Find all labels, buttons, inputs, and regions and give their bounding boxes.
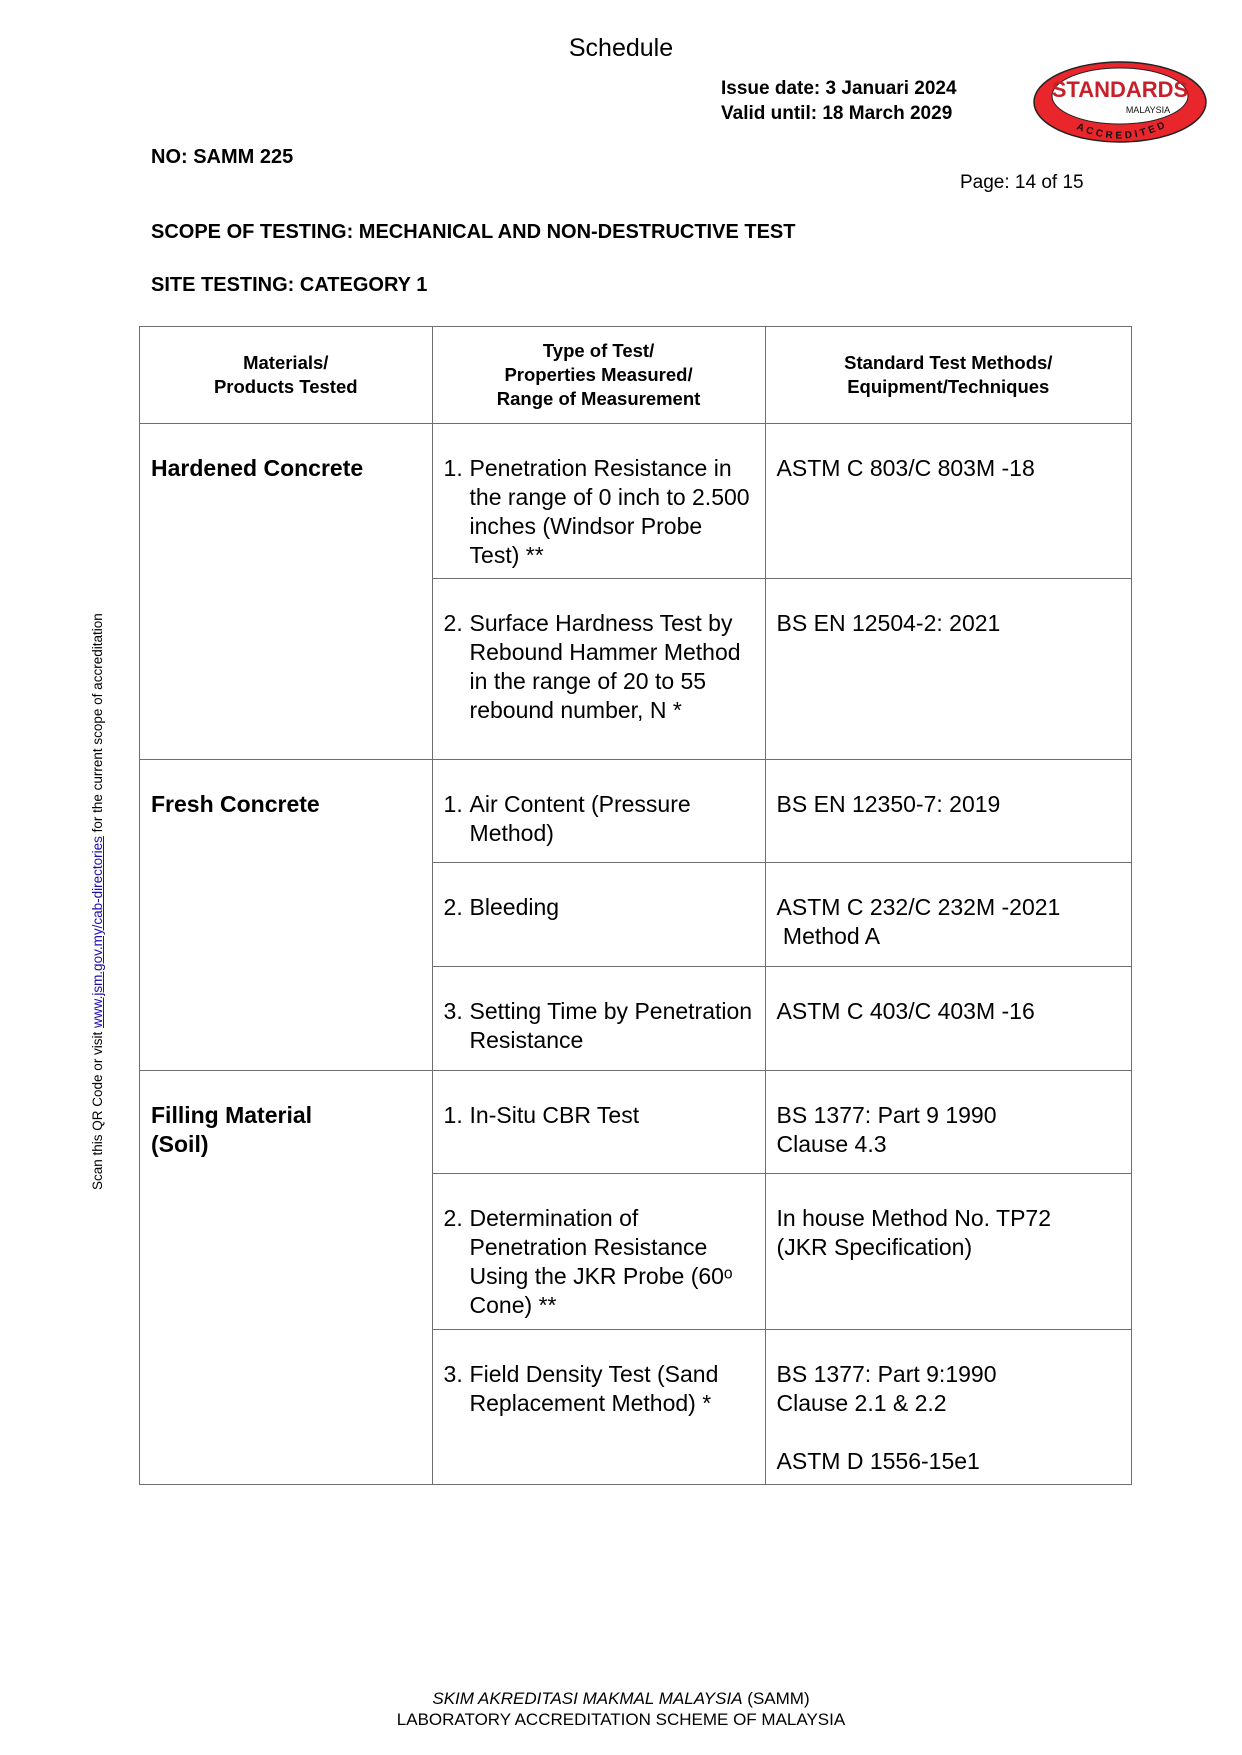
standard-cell: ASTM C 232/C 232M -2021 Method A [765,863,1131,967]
test-cell: 1.Air Content (Pressure Method) [432,760,765,863]
table-row: Hardened Concrete1.Penetration Resistanc… [140,424,1132,579]
table-row: Fresh Concrete1.Air Content (Pressure Me… [140,760,1132,863]
test-cell: 1.In-Situ CBR Test [432,1071,765,1174]
standard-cell: BS EN 12350-7: 2019 [765,760,1131,863]
document-number: NO: SAMM 225 [151,146,293,169]
standard-cell: ASTM C 803/C 803M -18 [765,424,1131,579]
table-row: Filling Material(Soil)1.In-Situ CBR Test… [140,1071,1132,1174]
table-header-row: Materials/Products Tested Type of Test/P… [140,327,1132,424]
svg-text:STANDARDS: STANDARDS [1052,77,1188,102]
header-standards: Standard Test Methods/Equipment/Techniqu… [765,327,1131,424]
side-note: Scan this QR Code or visit www.jsm.gov.m… [90,613,105,1190]
site-heading: SITE TESTING: CATEGORY 1 [151,274,427,297]
material-cell: Hardened Concrete [140,424,433,760]
test-cell: 3.Field Density Test (Sand Replacement M… [432,1330,765,1485]
svg-text:MALAYSIA: MALAYSIA [1126,105,1170,115]
header-materials: Materials/Products Tested [140,327,433,424]
test-cell: 1.Penetration Resistance in the range of… [432,424,765,579]
standards-malaysia-accredited-logo-icon: STANDARDS MALAYSIA ACCREDITED [1030,58,1210,146]
validity-block: Issue date: 3 Januari 2024 Valid until: … [721,76,957,126]
issue-date: Issue date: 3 Januari 2024 [721,76,957,101]
footer: SKIM AKREDITASI MAKMAL MALAYSIA (SAMM) L… [0,1688,1242,1730]
standard-cell: BS 1377: Part 9 1990Clause 4.3 [765,1071,1131,1174]
standard-cell: In house Method No. TP72(JKR Specificati… [765,1174,1131,1330]
scope-heading: SCOPE OF TESTING: MECHANICAL AND NON-DES… [151,221,795,244]
material-cell: Filling Material(Soil) [140,1071,433,1485]
test-cell: 2.Surface Hardness Test by Rebound Hamme… [432,579,765,760]
material-cell: Fresh Concrete [140,760,433,1071]
cab-directories-link[interactable]: www.jsm.gov.my/cab-directories [90,836,105,1028]
header-test-type: Type of Test/Properties Measured/Range o… [432,327,765,424]
test-cell: 2.Determination of Penetration Resistanc… [432,1174,765,1330]
valid-until: Valid until: 18 March 2029 [721,101,957,126]
page-number: Page: 14 of 15 [960,172,1084,194]
test-cell: 3.Setting Time by Penetration Resistance [432,967,765,1071]
test-cell: 2.Bleeding [432,863,765,967]
standard-cell: BS EN 12504-2: 2021 [765,579,1131,760]
standard-cell: ASTM C 403/C 403M -16 [765,967,1131,1071]
standard-cell: BS 1377: Part 9:1990Clause 2.1 & 2.2ASTM… [765,1330,1131,1485]
scope-table: Materials/Products Tested Type of Test/P… [139,326,1132,1485]
